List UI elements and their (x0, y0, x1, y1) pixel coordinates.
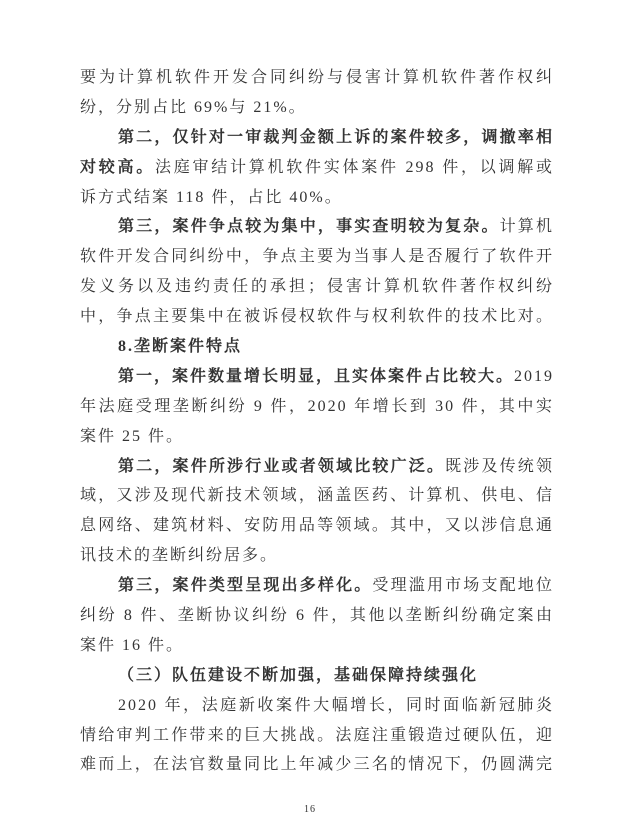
text-segment: 2020 年，法庭新收案件大幅增长，同时面临新冠肺炎疫 (80, 697, 554, 721)
document-page: 要为计算机软件开发合同纠纷与侵害计算机软件著作权纠纷，分别占比 69%与 21%… (0, 0, 632, 830)
text-segment: 2019 (514, 368, 554, 385)
text-segment: 年法庭受理垄断纠纷 9 件，2020 年增长到 30 件，其中实体 (80, 398, 554, 422)
text-segment: 要为计算机软件开发合同纠纷与侵害计算机软件著作权纠 (80, 69, 554, 86)
bold-text-segment: 第二，仅针对一审裁判金额上诉的案件较多，调撤率相 (118, 129, 554, 146)
text-line: 第三，案件类型呈现出多样化。受理滥用市场支配地位 (80, 571, 554, 601)
text-line: 息网络、建筑材料、安防用品等领域。其中，又以涉信息通 (80, 511, 554, 541)
text-segment: 计算机 (500, 218, 554, 235)
text-segment: 受理滥用市场支配地位 (372, 577, 554, 594)
text-segment: 息网络、建筑材料、安防用品等领域。其中，又以涉信息通 (80, 517, 554, 534)
text-line: 8.垄断案件特点 (80, 332, 554, 362)
text-line: 年法庭受理垄断纠纷 9 件，2020 年增长到 30 件，其中实体 (80, 392, 554, 422)
text-line: 软件开发合同纠纷中，争点主要为当事人是否履行了软件开 (80, 242, 554, 272)
text-segment: 既涉及传统领 (445, 458, 554, 475)
text-line: 第三，案件争点较为集中，事实查明较为复杂。计算机 (80, 212, 554, 242)
text-segment: 案件 16 件。 (80, 637, 184, 654)
text-segment: 纷，分别占比 69%与 21%。 (80, 99, 307, 116)
bold-text-segment: 第三，案件争点较为集中，事实查明较为复杂。 (118, 218, 500, 235)
text-segment: 案件 25 件。 (80, 428, 184, 445)
text-line: 域，又涉及现代新技术领域，涵盖医药、计算机、供电、信 (80, 481, 554, 511)
text-segment: 情给审判工作带来的巨大挑战。法庭注重锻造过硬队伍，迎 (80, 727, 554, 744)
text-line: 纷，分别占比 69%与 21%。 (80, 93, 554, 123)
text-line: 发义务以及违约责任的承担；侵害计算机软件著作权纠纷 (80, 272, 554, 302)
text-segment: 软件开发合同纠纷中，争点主要为当事人是否履行了软件开 (80, 248, 554, 265)
text-segment: 发义务以及违约责任的承担；侵害计算机软件著作权纠纷 (80, 278, 554, 295)
text-segment: 诉方式结案 118 件，占比 40%。 (80, 189, 343, 206)
text-line: （三）队伍建设不断加强，基础保障持续强化 (80, 661, 554, 691)
text-segment: 纠纷 8 件、垄断协议纠纷 6 件，其他以垄断纠纷确定案由的 (80, 607, 554, 631)
text-line: 纠纷 8 件、垄断协议纠纷 6 件，其他以垄断纠纷确定案由的 (80, 601, 554, 631)
text-line: 第二，仅针对一审裁判金额上诉的案件较多，调撤率相 (80, 123, 554, 153)
text-segment: 讯技术的垄断纠纷居多。 (80, 547, 278, 564)
text-segment: 中，争点主要集中在被诉侵权软件与权利软件的技术比对。 (80, 308, 554, 325)
text-line: 诉方式结案 118 件，占比 40%。 (80, 183, 554, 213)
text-line: 2020 年，法庭新收案件大幅增长，同时面临新冠肺炎疫 (80, 691, 554, 721)
bold-text-segment: 8.垄断案件特点 (118, 338, 242, 355)
bold-text-segment: 对较高。 (80, 159, 155, 176)
text-line: 要为计算机软件开发合同纠纷与侵害计算机软件著作权纠 (80, 63, 554, 93)
text-line: 讯技术的垄断纠纷居多。 (80, 541, 554, 571)
text-line: 中，争点主要集中在被诉侵权软件与权利软件的技术比对。 (80, 302, 554, 332)
text-segment: 域，又涉及现代新技术领域，涵盖医药、计算机、供电、信 (80, 487, 554, 504)
text-line: 对较高。法庭审结计算机软件实体案件 298 件，以调解或撤 (80, 153, 554, 183)
text-line: 情给审判工作带来的巨大挑战。法庭注重锻造过硬队伍，迎 (80, 721, 554, 751)
text-line: 难而上，在法官数量同比上年减少三名的情况下，仍圆满完 (80, 750, 554, 780)
document-body: 要为计算机软件开发合同纠纷与侵害计算机软件著作权纠纷，分别占比 69%与 21%… (80, 63, 554, 780)
text-line: 第一，案件数量增长明显，且实体案件占比较大。2019 (80, 362, 554, 392)
bold-text-segment: 第三，案件类型呈现出多样化。 (118, 577, 372, 594)
text-line: 案件 16 件。 (80, 631, 554, 661)
page-number: 16 (0, 804, 620, 815)
bold-text-segment: 第二，案件所涉行业或者领域比较广泛。 (118, 458, 445, 475)
text-line: 第二，案件所涉行业或者领域比较广泛。既涉及传统领 (80, 452, 554, 482)
text-line: 案件 25 件。 (80, 422, 554, 452)
bold-text-segment: 第一，案件数量增长明显，且实体案件占比较大。 (118, 368, 514, 385)
bold-text-segment: （三）队伍建设不断加强，基础保障持续强化 (118, 667, 478, 684)
text-segment: 难而上，在法官数量同比上年减少三名的情况下，仍圆满完 (80, 756, 554, 773)
